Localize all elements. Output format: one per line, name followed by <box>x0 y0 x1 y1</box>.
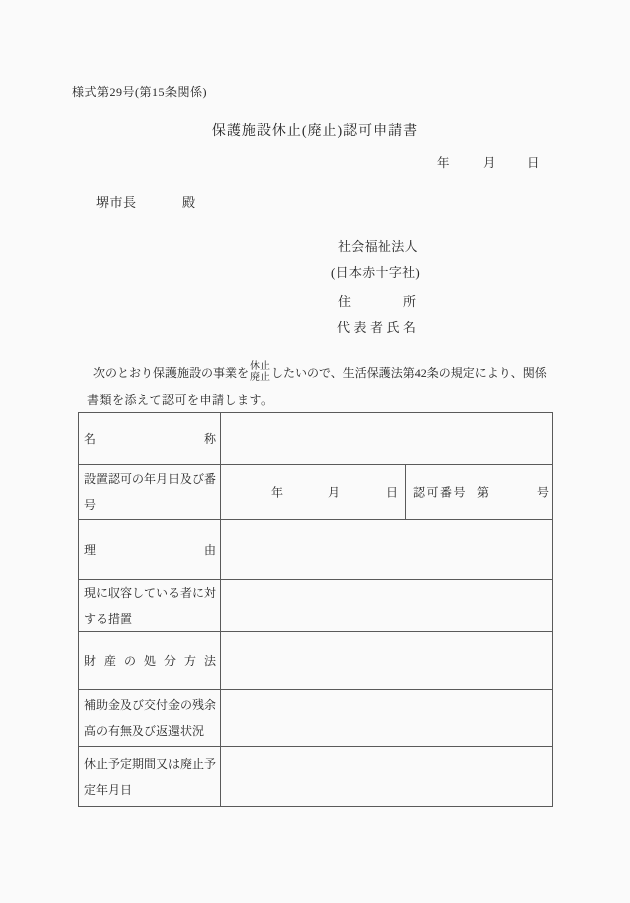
approval-year-label: 年 <box>271 484 283 501</box>
addressee-line: 堺市長 殿 <box>0 192 630 208</box>
statement-line2: 書類を添えて認可を申請します。 <box>87 393 565 408</box>
stack-suspend-label: 休止 <box>250 361 270 373</box>
approval-day-label: 日 <box>386 484 398 501</box>
row-label-subsidy-balance: 補助金及び交付金の残余 高の有無及び返還状況 <box>79 690 221 746</box>
addressee-name: 堺市長 <box>96 192 137 211</box>
statement-line1-pre: 次のとおり保護施設の事業を <box>93 364 249 381</box>
document-page: 様式第29号(第15条関係) 保護施設休止(廃止)認可申請書 年 月 日 堺市長… <box>0 0 630 903</box>
applicant-corporation-name: (日本赤十字社) <box>331 262 420 281</box>
addressee-honorific: 殿 <box>182 192 195 211</box>
row-label-property-disposal: 財産の処分方法 <box>79 632 221 689</box>
applicant-representative-label: 代表者氏名 <box>337 317 420 336</box>
form-number: 様式第29号(第15条関係) <box>72 83 207 100</box>
approval-number-label: 認可番号 <box>413 484 467 501</box>
applicant-corporation-type: 社会福祉法人 <box>338 236 418 255</box>
table-row-approval-date: 設置認可の年月日及び番 号 年 月 日 認可番号 第 号 <box>79 465 552 520</box>
row-value-measures <box>221 580 552 631</box>
row-value-subsidy-balance <box>221 690 552 746</box>
row-label-measures: 現に収容している者に対 する措置 <box>79 580 221 631</box>
table-row-property-disposal: 財産の処分方法 <box>79 632 552 690</box>
row-label-reason: 理由 <box>79 520 221 579</box>
table-row-measures: 現に収容している者に対 する措置 <box>79 580 552 632</box>
approval-date-cell: 年 月 日 <box>221 465 406 519</box>
application-table: 名称 設置認可の年月日及び番 号 年 月 日 認可番号 第 号 理由 現に収容し… <box>78 412 553 807</box>
row-value-planned-period <box>221 747 552 806</box>
application-statement: 次のとおり保護施設の事業を 休止 廃止 したいので、生活保護法第42条の規定によ… <box>87 356 565 408</box>
document-title: 保護施設休止(廃止)認可申請書 <box>0 120 630 140</box>
table-row-name: 名称 <box>79 413 552 465</box>
statement-line1: 次のとおり保護施設の事業を 休止 廃止 したいので、生活保護法第42条の規定によ… <box>87 356 565 388</box>
row-value-reason <box>221 520 552 579</box>
statement-line1-post: したいので、生活保護法第42条の規定により、関係 <box>271 364 547 381</box>
row-label-planned-period: 休止予定期間又は廃止予 定年月日 <box>79 747 221 806</box>
approval-number-dai-label: 第 <box>477 484 489 501</box>
approval-number-go-label: 号 <box>537 484 549 501</box>
table-row-planned-period: 休止予定期間又は廃止予 定年月日 <box>79 747 552 806</box>
date-month-label: 月 <box>483 153 496 171</box>
stack-abolish-label: 廃止 <box>250 372 270 384</box>
table-row-subsidy-balance: 補助金及び交付金の残余 高の有無及び返還状況 <box>79 690 552 747</box>
applicant-address-label: 住 所 <box>338 291 416 310</box>
table-row-reason: 理由 <box>79 520 552 580</box>
row-value-name <box>221 413 552 464</box>
row-value-property-disposal <box>221 632 552 689</box>
approval-number-cell: 認可番号 第 号 <box>406 465 552 519</box>
row-label-name: 名称 <box>79 413 221 464</box>
approval-month-label: 月 <box>328 484 340 501</box>
row-label-approval-date: 設置認可の年月日及び番 号 <box>79 465 221 519</box>
date-line: 年 月 日 <box>0 153 630 169</box>
date-day-label: 日 <box>527 153 540 171</box>
date-year-label: 年 <box>437 153 450 171</box>
suspend-abolish-stack: 休止 廃止 <box>250 361 270 384</box>
